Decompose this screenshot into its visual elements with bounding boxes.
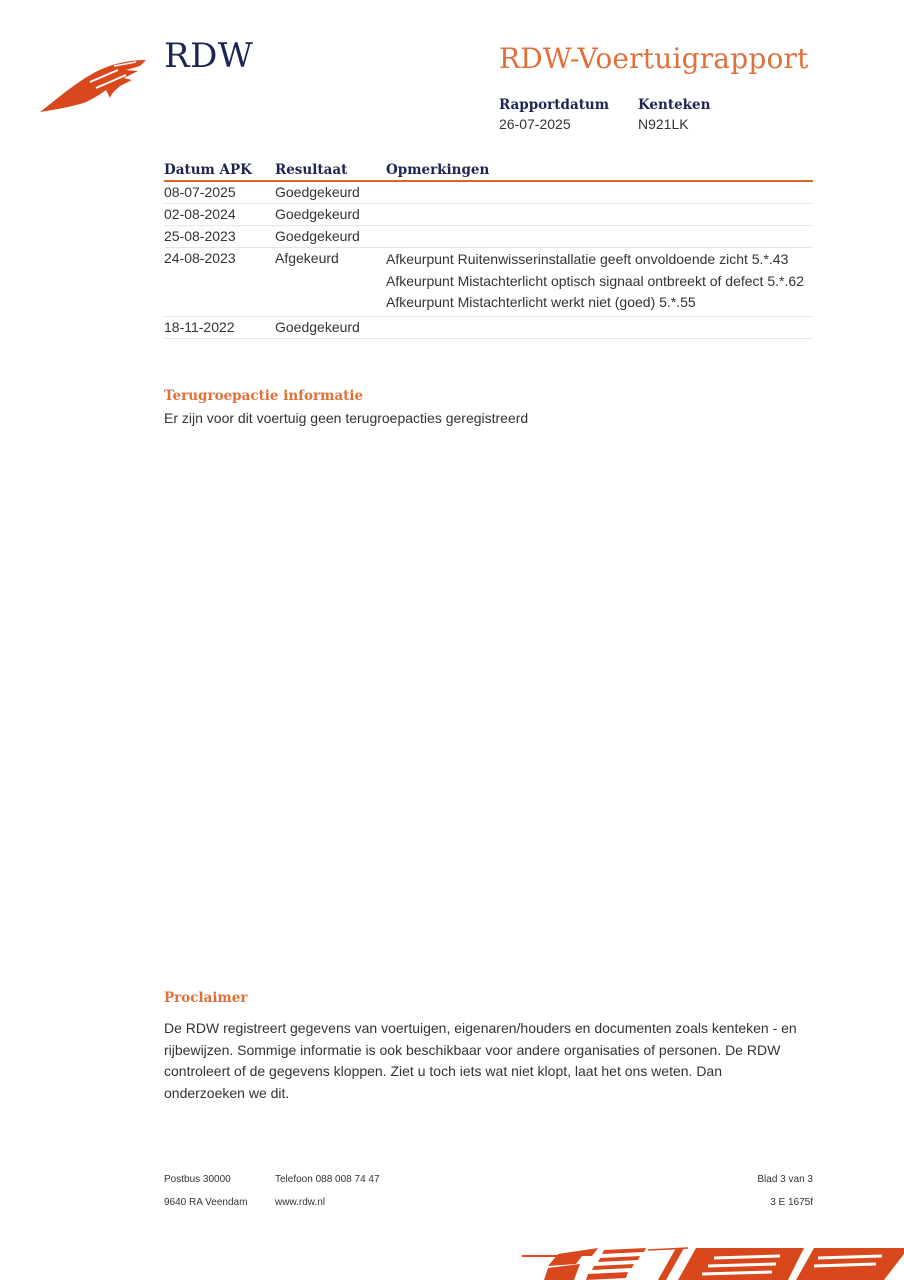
plate-value: N921LK [638, 116, 710, 132]
footer-page-number: Blad 3 van 3 [757, 1174, 813, 1185]
apk-date-cell: 18-11-2022 [164, 316, 275, 338]
apk-result-cell: Goedgekeurd [275, 316, 386, 338]
plate-block: Kenteken N921LK [638, 97, 710, 132]
apk-remarks-cell [386, 226, 813, 248]
footer-city: 9640 RA Veendam [164, 1197, 247, 1208]
recall-heading: Terugroepactie informatie [164, 388, 363, 404]
col-remarks-header: Opmerkingen [386, 158, 813, 181]
apk-result-cell: Goedgekeurd [275, 226, 386, 248]
footer-doc-code: 3 E 1675f [770, 1197, 813, 1208]
apk-result-cell: Goedgekeurd [275, 204, 386, 226]
remark-line: Afkeurpunt Mistachterlicht optisch signa… [386, 271, 813, 293]
decorative-stripes-icon [518, 1244, 904, 1280]
proclaimer-text: De RDW registreert gegevens van voertuig… [164, 1018, 804, 1104]
report-title: RDW-Voertuigrapport [499, 42, 809, 75]
apk-date-cell: 02-08-2024 [164, 204, 275, 226]
table-row: 08-07-2025Goedgekeurd [164, 181, 813, 204]
footer-website[interactable]: www.rdw.nl [275, 1197, 325, 1208]
apk-remarks-cell [386, 204, 813, 226]
table-header-row: Datum APK Resultaat Opmerkingen [164, 158, 813, 181]
footer-postbus: Postbus 30000 [164, 1174, 231, 1185]
recall-text: Er zijn voor dit voertuig geen terugroep… [164, 410, 528, 426]
apk-history-table: Datum APK Resultaat Opmerkingen 08-07-20… [164, 158, 813, 339]
remark-line: Afkeurpunt Mistachterlicht werkt niet (g… [386, 292, 813, 314]
proclaimer-heading: Proclaimer [164, 990, 247, 1006]
report-date-label: Rapportdatum [499, 97, 609, 113]
apk-remarks-cell [386, 316, 813, 338]
footer-phone: Telefoon 088 008 74 47 [275, 1174, 380, 1185]
apk-result-cell: Goedgekeurd [275, 181, 386, 204]
table-row: 24-08-2023AfgekeurdAfkeurpunt Ruitenwiss… [164, 248, 813, 317]
apk-date-cell: 08-07-2025 [164, 181, 275, 204]
apk-result-cell: Afgekeurd [275, 248, 386, 317]
col-result-header: Resultaat [275, 158, 386, 181]
plate-label: Kenteken [638, 97, 710, 113]
report-date-block: Rapportdatum 26-07-2025 [499, 97, 609, 132]
report-date-value: 26-07-2025 [499, 116, 609, 132]
col-date-header: Datum APK [164, 158, 275, 181]
apk-date-cell: 25-08-2023 [164, 226, 275, 248]
table-row: 18-11-2022Goedgekeurd [164, 316, 813, 338]
remark-line: Afkeurpunt Ruitenwisserinstallatie geeft… [386, 249, 813, 271]
apk-date-cell: 24-08-2023 [164, 248, 275, 317]
apk-remarks-cell [386, 181, 813, 204]
table-row: 25-08-2023Goedgekeurd [164, 226, 813, 248]
logo-text: RDW [164, 36, 253, 76]
table-row: 02-08-2024Goedgekeurd [164, 204, 813, 226]
apk-remarks-cell: Afkeurpunt Ruitenwisserinstallatie geeft… [386, 248, 813, 317]
rdw-feather-logo-icon [40, 58, 148, 114]
